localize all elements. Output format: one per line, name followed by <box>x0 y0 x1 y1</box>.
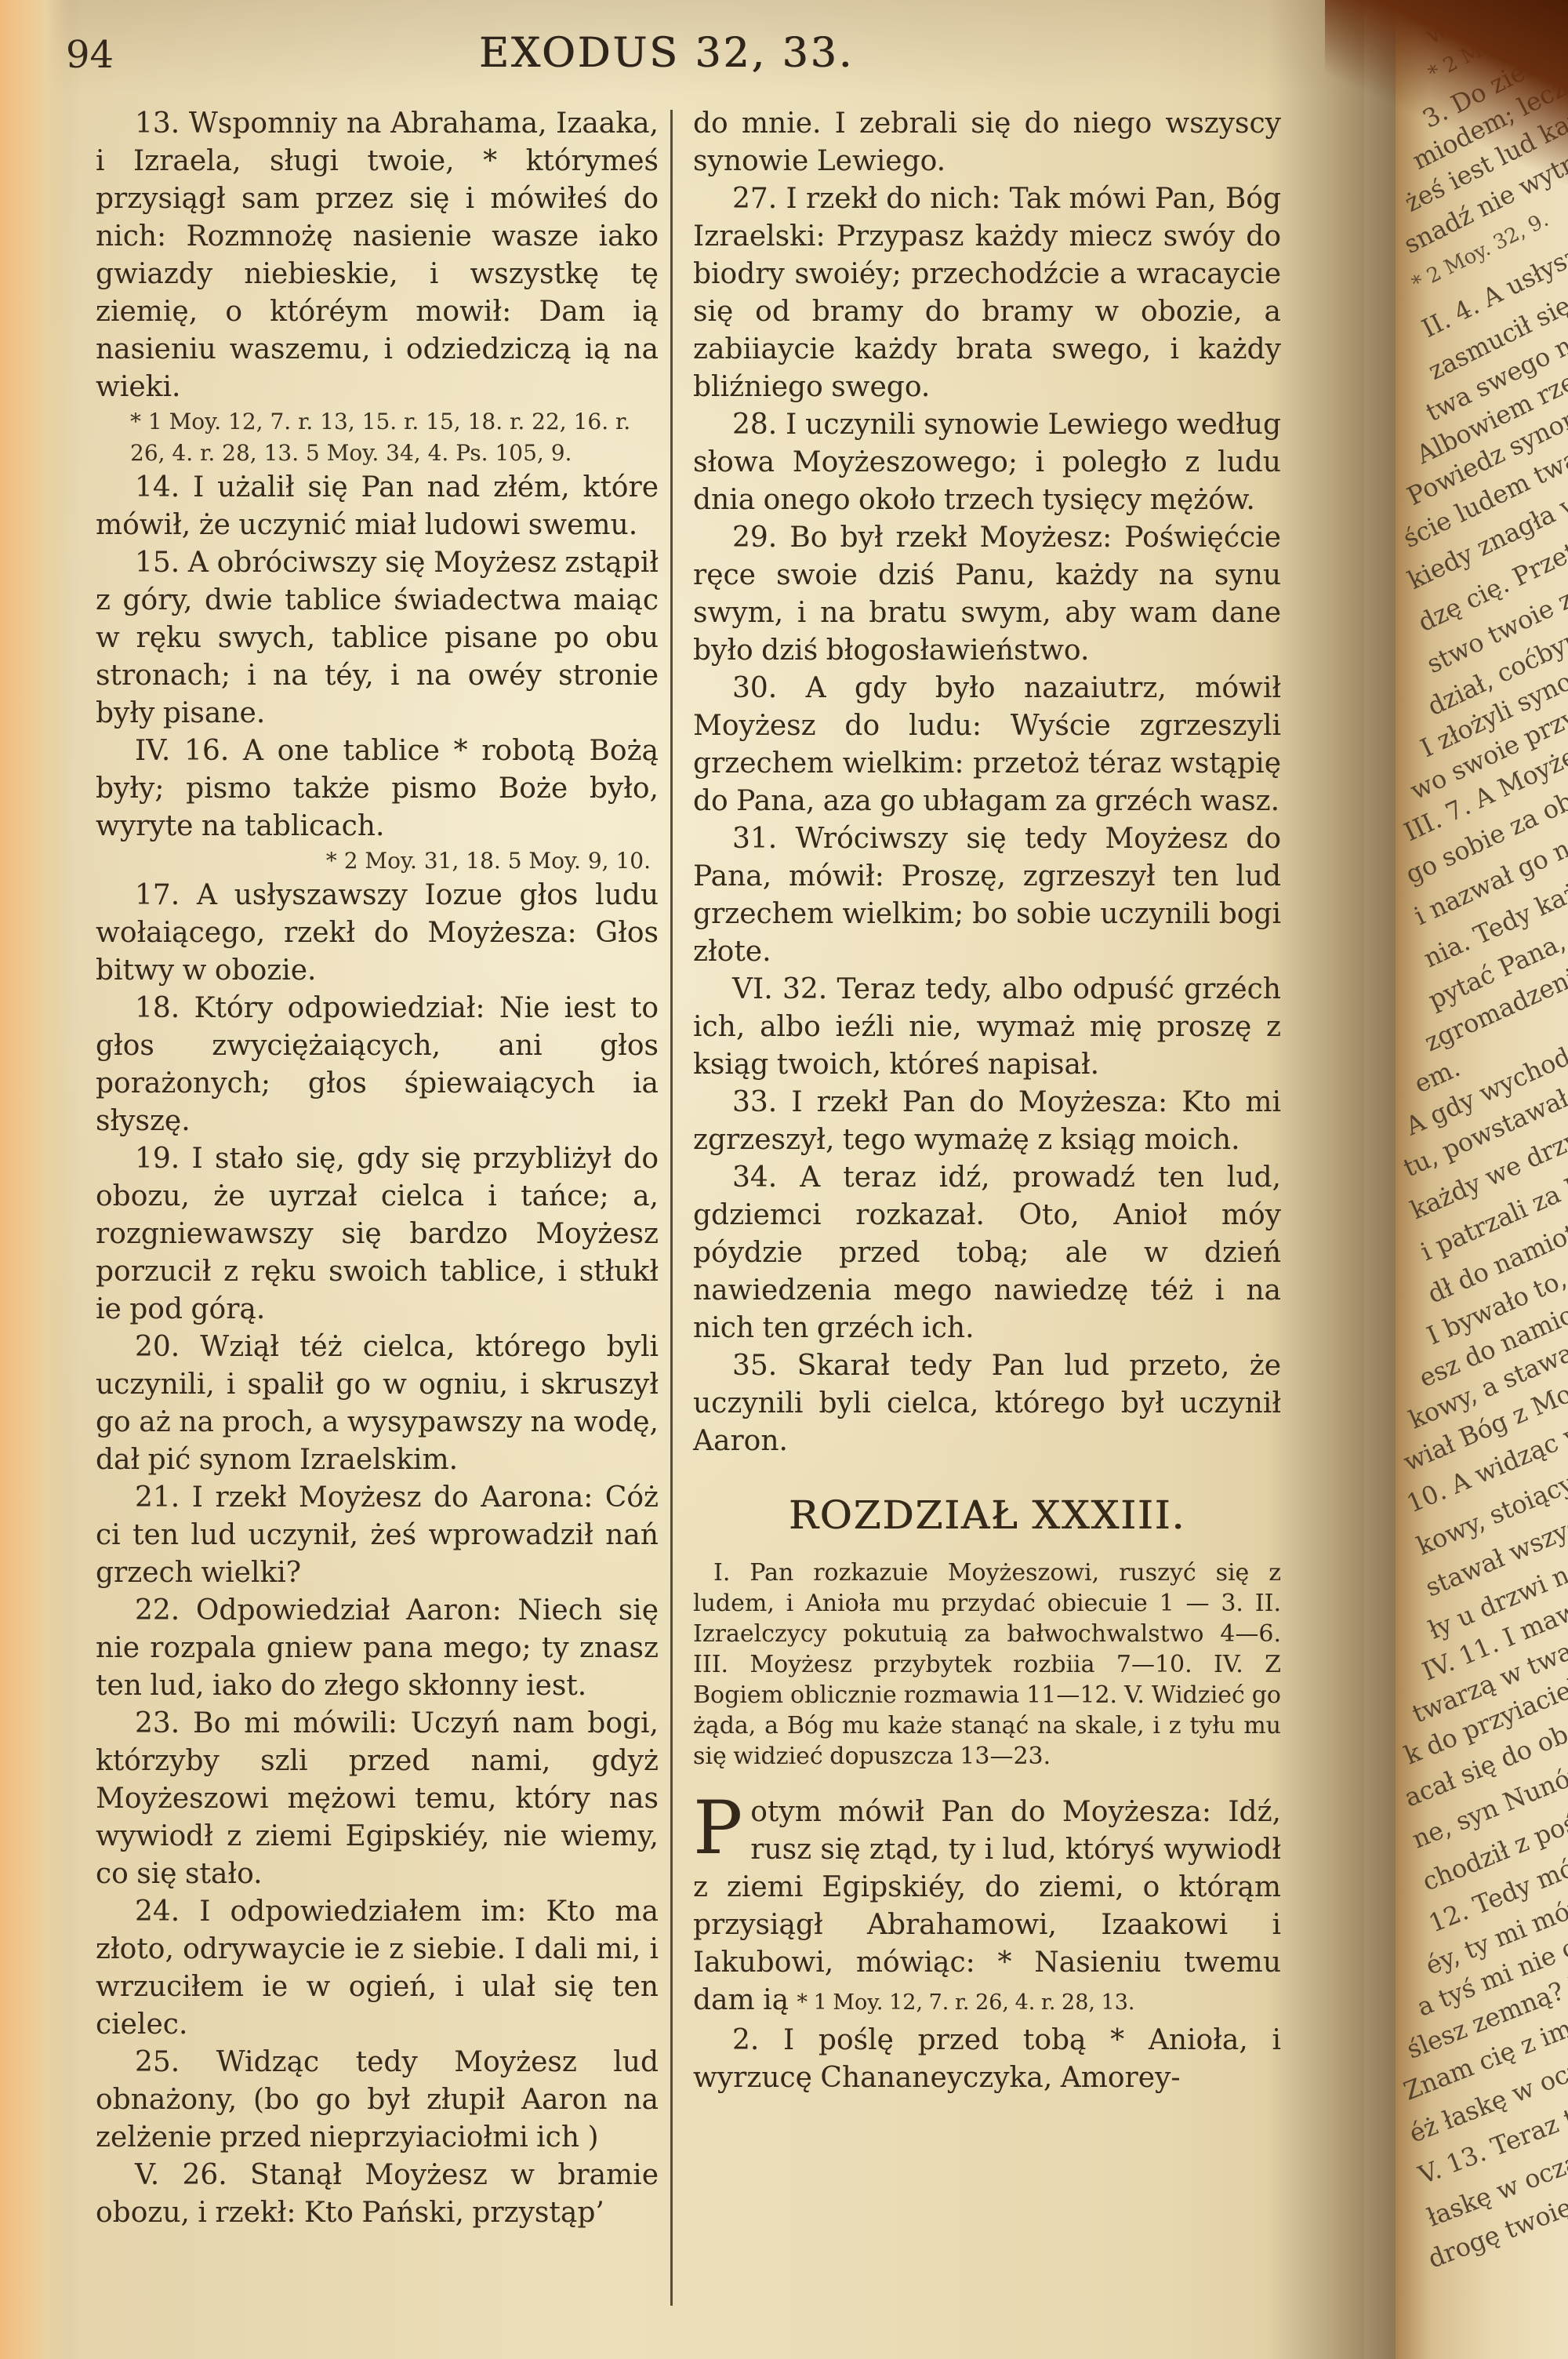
verse-paragraph-L-9: 20. Wziął téż cielca, którego byli uczyn… <box>96 1329 659 1479</box>
verse-paragraph-L-0: 13. Wspomniy na Abrahama, Izaaka, i Izra… <box>96 105 659 406</box>
verse-paragraph-L-13: 24. I odpowiedziałem im: Kto ma złoto, o… <box>96 1893 659 2044</box>
verse-paragraph-L-2: 14. I użalił się Pan nad złém, które mów… <box>96 469 659 544</box>
text-column-right: do mnie. I zebrali się do niego wszyscy … <box>693 105 1281 2097</box>
verse-paragraph-ch33-v1: Potym mówił Pan do Moyżesza: Idź, rusz s… <box>693 1794 1281 2022</box>
verse-paragraph-L-6: 17. A usłyszawszy Iozue głos ludu wołaią… <box>96 877 659 990</box>
chapter-heading: ROZDZIAŁ XXXIII. <box>693 1496 1281 1534</box>
verse-text: otym mówił Pan do Moyżesza: Idź, rusz si… <box>693 1796 1281 2016</box>
verse-paragraph-L-11: 22. Odpowiedział Aaron: Niech się nie ro… <box>96 1592 659 1705</box>
page-edge-stack <box>0 0 71 2359</box>
verse-paragraph-L-3: 15. A obróciwszy się Moyżesz zstąpił z g… <box>96 544 659 732</box>
verse-paragraph-R-3: 29. Bo był rzekł Moyżesz: Poświęćcie ręc… <box>693 519 1281 670</box>
verse-paragraph-R-6: VI. 32. Teraz tedy, albo odpuść grzéch i… <box>693 971 1281 1084</box>
verse-paragraph-R-0: do mnie. I zebrali się do niego wszyscy … <box>693 105 1281 180</box>
book-page: 94 EXODUS 32, 33. 13. Wspomniy na Abraha… <box>0 0 1364 2359</box>
verse-paragraph-R-9: 35. Skarał tedy Pan lud przeto, że uczyn… <box>693 1347 1281 1460</box>
verse-paragraph-ch33-v2: 2. I poślę przed tobą * Anioła, i wyrzuc… <box>693 2022 1281 2097</box>
footnote-L-5: * 2 Moy. 31, 18. 5 Moy. 9, 10. <box>96 845 659 877</box>
verse-paragraph-L-4: IV. 16. A one tablice * robotą Bożą były… <box>96 732 659 845</box>
verse-paragraph-R-4: 30. A gdy było nazaiutrz, mówił Moyżesz … <box>693 670 1281 820</box>
inline-footnote: * 1 Moy. 12, 7. r. 26, 4. r. 28, 13. <box>797 1990 1135 2015</box>
verse-paragraph-L-7: 18. Który odpowiedział: Nie iest to głos… <box>96 990 659 1140</box>
verse-paragraph-L-10: 21. I rzekł Moyżesz do Aarona: Cóż ci te… <box>96 1479 659 1592</box>
verse-paragraph-R-2: 28. I uczynili synowie Lewiego według sł… <box>693 406 1281 519</box>
verse-paragraph-L-14: 25. Widząc tedy Moyżesz lud obnażony, (b… <box>96 2044 659 2157</box>
book-photo: 94 EXODUS 32, 33. 13. Wspomniy na Abraha… <box>0 0 1568 2359</box>
verse-paragraph-R-8: 34. A teraz idź, prowadź ten lud, gdziem… <box>693 1159 1281 1347</box>
drop-cap-letter: P <box>693 1794 750 1859</box>
verse-paragraph-R-1: 27. I rzekł do nich: Tak mówi Pan, Bóg I… <box>693 180 1281 406</box>
running-header: EXODUS 32, 33. <box>345 30 988 77</box>
footnote-L-1: * 1 Moy. 12, 7. r. 13, 15. r. 15, 18. r.… <box>96 406 659 469</box>
column-divider-rule <box>670 110 673 2306</box>
verse-paragraph-R-7: 33. I rzekł Pan do Moyżesza: Kto mi zgrz… <box>693 1084 1281 1159</box>
page-number: 94 <box>66 33 114 77</box>
verse-paragraph-R-5: 31. Wróciwszy się tedy Moyżesz do Pana, … <box>693 820 1281 971</box>
next-page-curled-edge: ka, i Heteyczyka, i Feweyczyka, i Iebuze… <box>1396 0 1568 2359</box>
verse-paragraph-L-12: 23. Bo mi mówili: Uczyń nam bogi, którzy… <box>96 1705 659 1893</box>
chapter-summary: I. Pan rozkazuie Moyżeszowi, ruszyć się … <box>693 1558 1281 1772</box>
verse-paragraph-L-15: V. 26. Stanął Moyżesz w bramie obozu, i … <box>96 2157 659 2232</box>
text-column-left: 13. Wspomniy na Abrahama, Izaaka, i Izra… <box>96 105 659 2232</box>
verse-paragraph-L-8: 19. I stało się, gdy się przybliżył do o… <box>96 1140 659 1329</box>
